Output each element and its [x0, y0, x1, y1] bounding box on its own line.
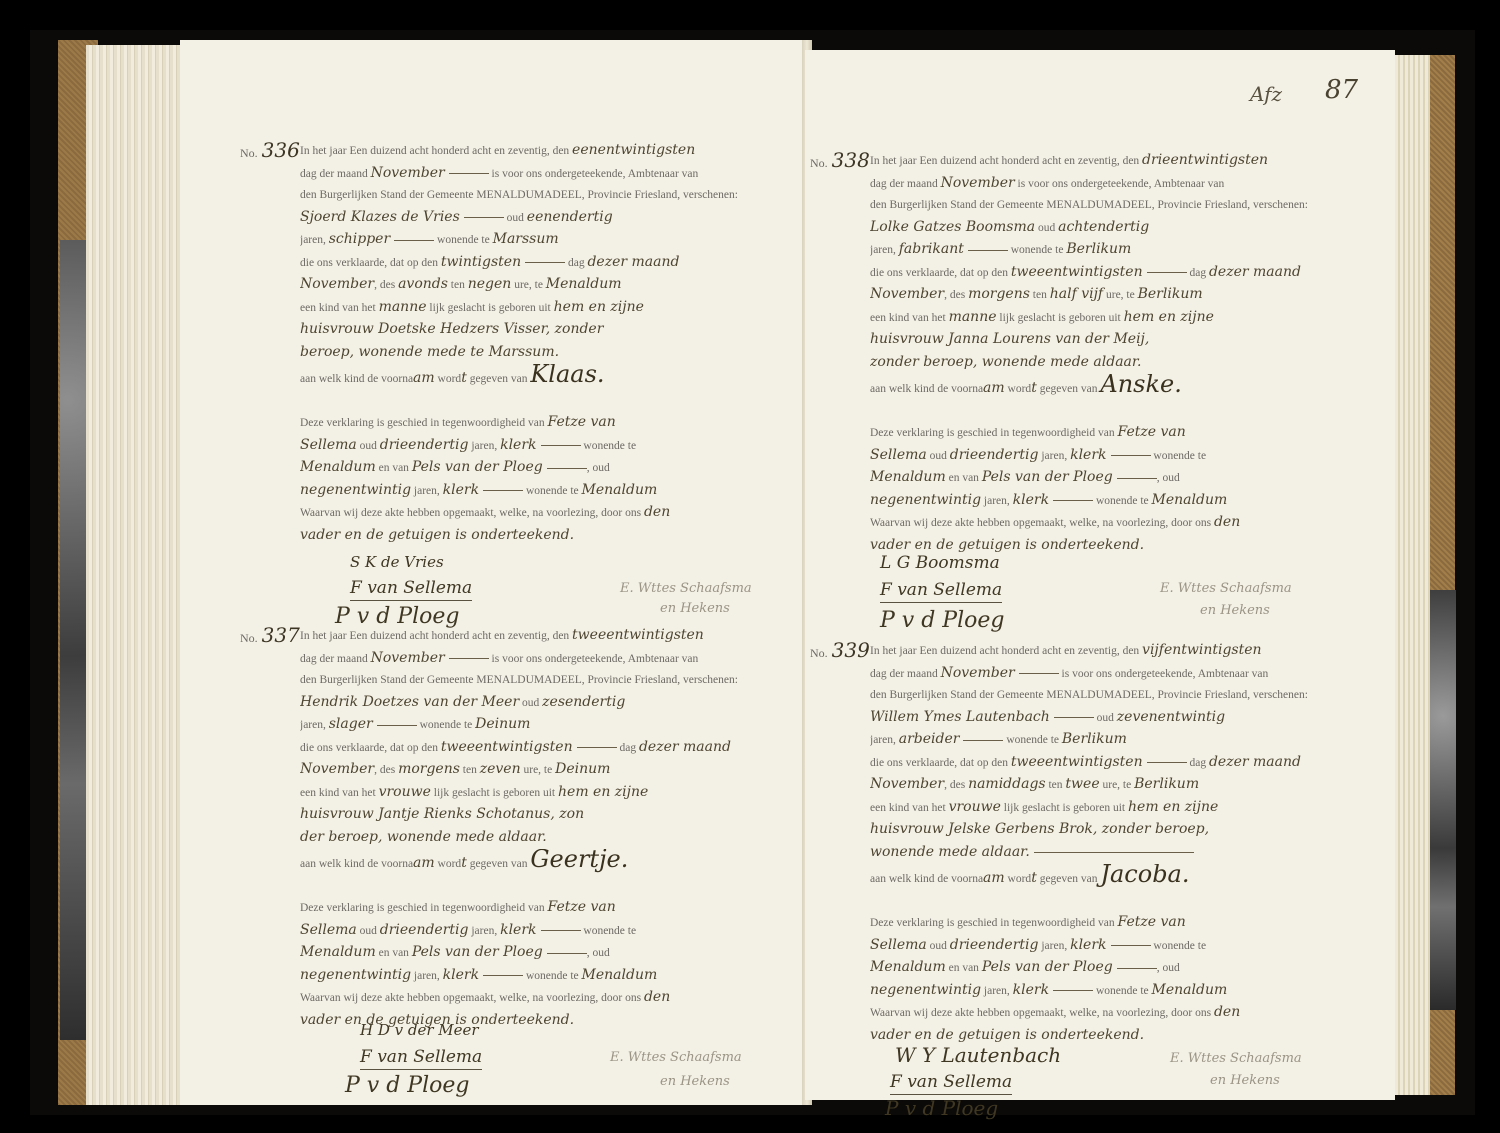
- signature-father: S K de Vries: [350, 552, 444, 574]
- official-signature-line2: en Hekens: [660, 598, 730, 620]
- page-mark: Afz: [1250, 82, 1282, 106]
- signature-witness-2: P v d Ploeg: [885, 1098, 998, 1120]
- signature-father: W Y Lautenbach: [895, 1045, 1061, 1067]
- record-number: 338: [832, 148, 870, 172]
- official-signature-line2: en Hekens: [1200, 600, 1270, 622]
- declarant-name: Willem Ymes Lautenbach: [870, 709, 1050, 725]
- signature-witness-1: F van Sellema: [880, 580, 1002, 603]
- record-number: 337: [262, 623, 300, 647]
- left-page: No.336 In het jaar Een duizend acht hond…: [180, 40, 810, 1105]
- marbled-endpaper-right: [1430, 590, 1456, 1010]
- signature-witness-2: P v d Ploeg: [880, 610, 1004, 632]
- child-name: Anske.: [1100, 374, 1181, 398]
- marbled-endpaper-left: [60, 240, 86, 1040]
- mother-line: huisvrouw Doetske Hedzers Visser, zonder: [300, 321, 603, 337]
- birth-record-336: No.336 In het jaar Een duizend acht hond…: [240, 140, 840, 620]
- birth-record-338: No.338 In het jaar Een duizend acht hond…: [810, 150, 1390, 630]
- page-stack-right: [1390, 55, 1430, 1095]
- official-signature-line1: E. Wttes Schaafsma: [610, 1047, 742, 1069]
- mother-line: huisvrouw Jelske Gerbens Brok, zonder be…: [870, 821, 1209, 837]
- mother-line: huisvrouw Janna Lourens van der Meij,: [870, 331, 1149, 347]
- official-signature-line2: en Hekens: [1210, 1070, 1280, 1092]
- page-number: 87: [1325, 75, 1358, 105]
- signature-witness-2: P v d Ploeg: [345, 1075, 469, 1097]
- declarant-name: Sjoerd Klazes de Vries: [300, 209, 460, 225]
- record-number: 336: [262, 138, 300, 162]
- child-name: Jacoba.: [1100, 864, 1189, 888]
- mother-line: huisvrouw Jantje Rienks Schotanus, zon: [300, 806, 584, 822]
- right-page: Afz 87 No.338 In het jaar Een duizend ac…: [805, 50, 1395, 1100]
- declarant-name: Hendrik Doetzes van der Meer: [300, 694, 519, 710]
- signature-witness-1: F van Sellema: [350, 578, 472, 601]
- birth-record-337: No.337 In het jaar Een duizend acht hond…: [240, 625, 840, 1095]
- birth-record-339: No.339 In het jaar Een duizend acht hond…: [810, 640, 1390, 1100]
- official-signature-line1: E. Wttes Schaafsma: [620, 578, 752, 600]
- signature-father: H D v der Meer: [360, 1020, 479, 1042]
- open-register-book: No.336 In het jaar Een duizend acht hond…: [30, 30, 1475, 1115]
- official-signature-line1: E. Wttes Schaafsma: [1160, 578, 1292, 600]
- declarant-name: Lolke Gatzes Boomsma: [870, 219, 1035, 235]
- official-signature-line2: en Hekens: [660, 1071, 730, 1093]
- child-name: Geertje.: [530, 849, 628, 873]
- record-number: 339: [832, 638, 870, 662]
- signature-witness-1: F van Sellema: [890, 1072, 1012, 1095]
- official-signature-line1: E. Wttes Schaafsma: [1170, 1048, 1302, 1070]
- child-name: Klaas.: [530, 364, 604, 388]
- signature-father: L G Boomsma: [880, 553, 1000, 575]
- signature-witness-1: F van Sellema: [360, 1047, 482, 1070]
